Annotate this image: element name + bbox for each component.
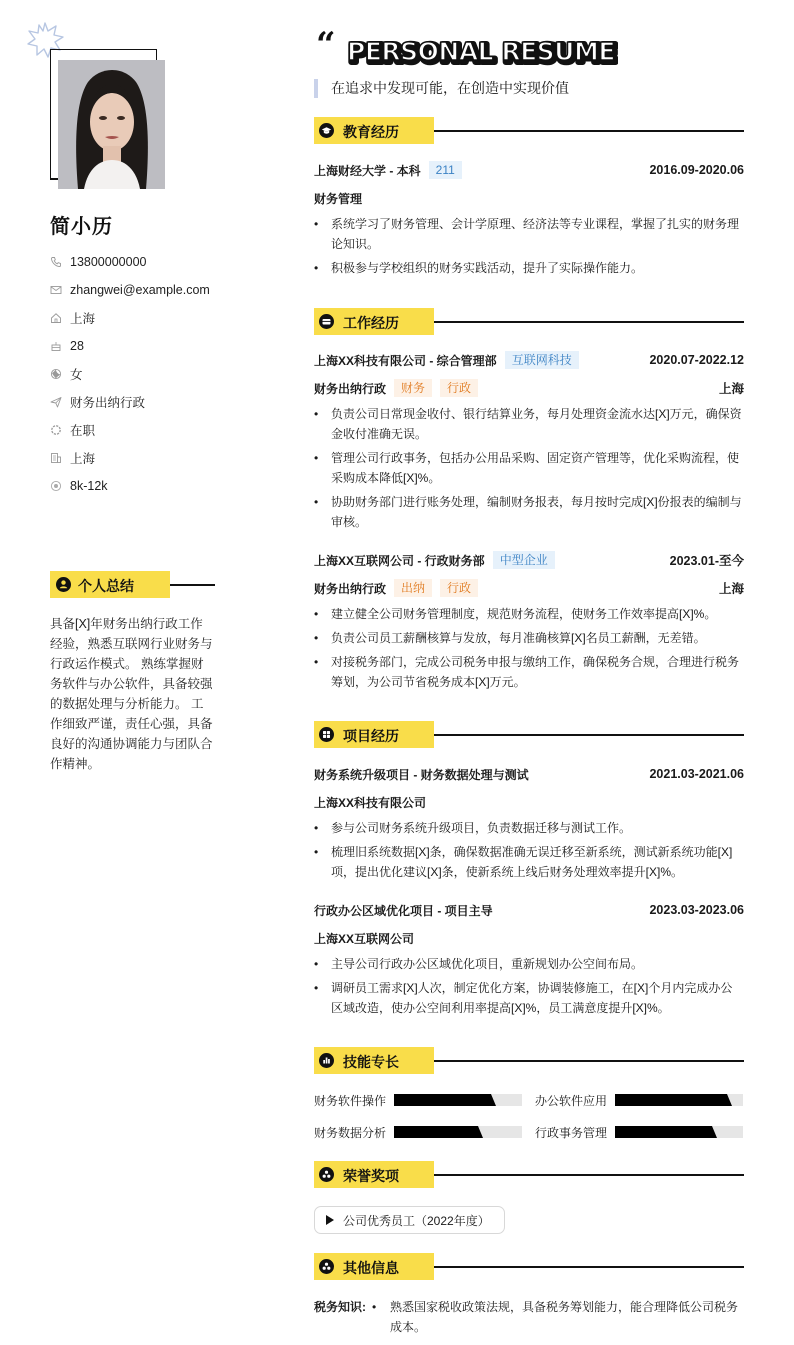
education-entry: 上海财经大学 - 本科211 2016.09-2020.06 财务管理 系统学习… [314, 160, 744, 282]
summary-title: 个人总结 [78, 576, 134, 596]
user-icon [56, 577, 71, 592]
project-entry: 行政办公区域优化项目 - 项目主导 2023.03-2023.06 上海XX互联… [314, 900, 744, 1022]
role-tag: 出纳 [394, 579, 432, 597]
work-date: 2023.01-至今 [670, 551, 744, 569]
grid-icon [319, 727, 334, 742]
divider [434, 130, 744, 132]
skill-item: 财务软件操作 [314, 1090, 522, 1110]
company-name: 上海XX互联网公司 - 行政财务部 [314, 552, 485, 569]
work-bullet: 管理公司行政事务，包括办公用品采购、固定资产管理等，优化采购流程，使采购成本降低… [314, 448, 744, 488]
project-bullet: 梳理旧系统数据[X]条，确保数据准确无误迁移至新系统，测试新系统功能[X]项，提… [314, 842, 744, 882]
mail-icon [50, 284, 62, 296]
project-bullet: 调研员工需求[X]人次，制定优化方案，协调装修施工，在[X]个月内完成办公区域改… [314, 978, 744, 1018]
home-icon [50, 312, 62, 324]
education-bullet: 积极参与学校组织的财务实践活动，提升了实际操作能力。 [314, 258, 744, 278]
divider [434, 1266, 744, 1268]
other-info-item: 税务知识: 熟悉国家税收政策法规，具备税务筹划能力，能合理降低公司税务成本。 [314, 1297, 744, 1337]
cake-icon [50, 340, 62, 352]
info-value: 8k-12k [70, 479, 108, 493]
company-tag: 互联网科技 [505, 351, 579, 369]
send-icon [50, 396, 62, 408]
gender-icon [50, 368, 62, 380]
info-email: zhangwei@example.com [50, 276, 250, 304]
awards-title: 荣誉奖项 [343, 1166, 399, 1186]
avatar [58, 60, 165, 189]
profile-name: 简小历 [50, 210, 113, 239]
skill-bar [394, 1094, 522, 1106]
role-tag: 行政 [440, 579, 478, 597]
project-company: 上海XX科技有限公司 [314, 794, 426, 811]
info-cluster-icon [319, 1259, 334, 1274]
motto: 在追求中发现可能，在创造中实现价值 [314, 79, 569, 98]
skills-heading: 技能专长 [314, 1047, 744, 1074]
skill-bar [394, 1126, 522, 1138]
skill-item: 财务数据分析 [314, 1122, 522, 1142]
other-title: 其他信息 [343, 1258, 399, 1278]
role-tag: 行政 [440, 379, 478, 397]
info-home: 上海 [50, 304, 250, 332]
skill-bar [615, 1126, 743, 1138]
other-heading: 其他信息 [314, 1253, 744, 1280]
education-heading: 教育经历 [314, 117, 744, 144]
graduation-cap-icon [319, 123, 334, 138]
work-location: 上海 [719, 379, 744, 397]
info-status: 在职 [50, 416, 250, 444]
school-name: 上海财经大学 - 本科 [314, 162, 421, 179]
svg-text:PERSONAL RESUME: PERSONAL RESUME [347, 37, 615, 66]
other-key: 税务知识: [314, 1297, 366, 1337]
play-triangle-icon [326, 1215, 334, 1225]
info-value: 女 [70, 365, 83, 383]
work-heading: 工作经历 [314, 308, 744, 335]
info-value: 上海 [70, 309, 95, 327]
work-date: 2020.07-2022.12 [649, 353, 744, 367]
project-bullet: 主导公司行政办公区域优化项目，重新规划办公空间布局。 [314, 954, 744, 974]
work-bullet: 负责公司员工薪酬核算与发放，每月准确核算[X]名员工薪酬，无差错。 [314, 628, 744, 648]
work-bullet: 对接税务部门，完成公司税务申报与缴纳工作，确保税务合规，合理进行税务筹划，为公司… [314, 652, 744, 692]
award-label: 公司优秀员工（2022年度） [343, 1212, 490, 1229]
info-gender: 女 [50, 360, 250, 388]
divider [434, 1060, 744, 1062]
phone-icon [50, 256, 62, 268]
role-tag: 财务 [394, 379, 432, 397]
info-phone: 13800000000 [50, 248, 250, 276]
divider [434, 734, 744, 736]
work-bullet: 建立健全公司财务管理制度，规范财务流程，使财务工作效率提高[X]%。 [314, 604, 744, 624]
skill-name: 财务软件操作 [314, 1092, 394, 1109]
summary-text: 具备[X]年财务出纳行政工作经验，熟悉互联网行业财务与行政运作模式。 熟练掌握财… [50, 614, 215, 774]
building-icon [50, 452, 62, 464]
role: 财务出纳行政 [314, 380, 386, 397]
education-bullet: 系统学习了财务管理、会计学原理、经济法等专业课程，掌握了扎实的财务理论知识。 [314, 214, 744, 254]
contact-info-list: 13800000000 zhangwei@example.com 上海 28 女… [50, 248, 250, 500]
info-city: 上海 [50, 444, 250, 472]
company-tag: 中型企业 [493, 551, 555, 569]
skill-item: 行政事务管理 [535, 1122, 743, 1142]
projects-title: 项目经历 [343, 726, 399, 746]
project-date: 2023.03-2023.06 [649, 903, 744, 917]
skill-item: 办公软件应用 [535, 1090, 743, 1110]
info-value: 财务出纳行政 [70, 393, 145, 411]
status-icon [50, 424, 62, 436]
award-item: 公司优秀员工（2022年度） [314, 1206, 505, 1234]
education-title: 教育经历 [343, 122, 399, 142]
project-name: 行政办公区域优化项目 - 项目主导 [314, 902, 493, 919]
briefcase-icon [319, 314, 334, 329]
company-name: 上海XX科技有限公司 - 综合管理部 [314, 352, 497, 369]
work-bullet: 负责公司日常现金收付、银行结算业务，每月处理资金流水达[X]万元，确保资金收付准… [314, 404, 744, 444]
divider [434, 1174, 744, 1176]
work-entry: 上海XX互联网公司 - 行政财务部中型企业 2023.01-至今 财务出纳行政出… [314, 550, 744, 696]
work-bullet: 协助财务部门进行账务处理，编制财务报表，每月按时完成[X]份报表的编制与审核。 [314, 492, 744, 532]
skill-name: 财务数据分析 [314, 1124, 394, 1141]
role: 财务出纳行政 [314, 580, 386, 597]
project-date: 2021.03-2021.06 [649, 767, 744, 781]
resume-title-art: PERSONAL RESUME PERSONAL RESUME [346, 30, 618, 70]
bar-chart-icon [319, 1053, 334, 1068]
work-location: 上海 [719, 579, 744, 597]
info-value: 28 [70, 339, 84, 353]
info-value: 上海 [70, 449, 95, 467]
project-name: 财务系统升级项目 - 财务数据处理与测试 [314, 766, 529, 783]
skill-name: 办公软件应用 [535, 1092, 615, 1109]
skills-title: 技能专长 [343, 1052, 399, 1072]
info-salary: 8k-12k [50, 472, 250, 500]
divider [434, 321, 744, 323]
skill-bar [615, 1094, 743, 1106]
salary-icon [50, 480, 62, 492]
award-icon [319, 1167, 334, 1182]
awards-heading: 荣誉奖项 [314, 1161, 744, 1188]
info-value: 在职 [70, 421, 95, 439]
project-bullet: 参与公司财务系统升级项目，负责数据迁移与测试工作。 [314, 818, 744, 838]
summary-heading: 个人总结 [50, 571, 215, 598]
projects-heading: 项目经历 [314, 721, 744, 748]
project-company: 上海XX互联网公司 [314, 930, 414, 947]
work-title: 工作经历 [343, 313, 399, 333]
info-value: 13800000000 [70, 255, 146, 269]
work-entry: 上海XX科技有限公司 - 综合管理部互联网科技 2020.07-2022.12 … [314, 350, 744, 536]
project-entry: 财务系统升级项目 - 财务数据处理与测试 2021.03-2021.06 上海X… [314, 764, 744, 886]
divider [170, 584, 215, 586]
info-value: zhangwei@example.com [70, 283, 210, 297]
info-job-intent: 财务出纳行政 [50, 388, 250, 416]
major: 财务管理 [314, 190, 362, 207]
quote-mark: “ [316, 28, 336, 62]
skill-name: 行政事务管理 [535, 1124, 615, 1141]
school-tag: 211 [429, 161, 462, 179]
education-date: 2016.09-2020.06 [649, 163, 744, 177]
other-value: 熟悉国家税收政策法规，具备税务筹划能力，能合理降低公司税务成本。 [372, 1297, 744, 1337]
info-age: 28 [50, 332, 250, 360]
